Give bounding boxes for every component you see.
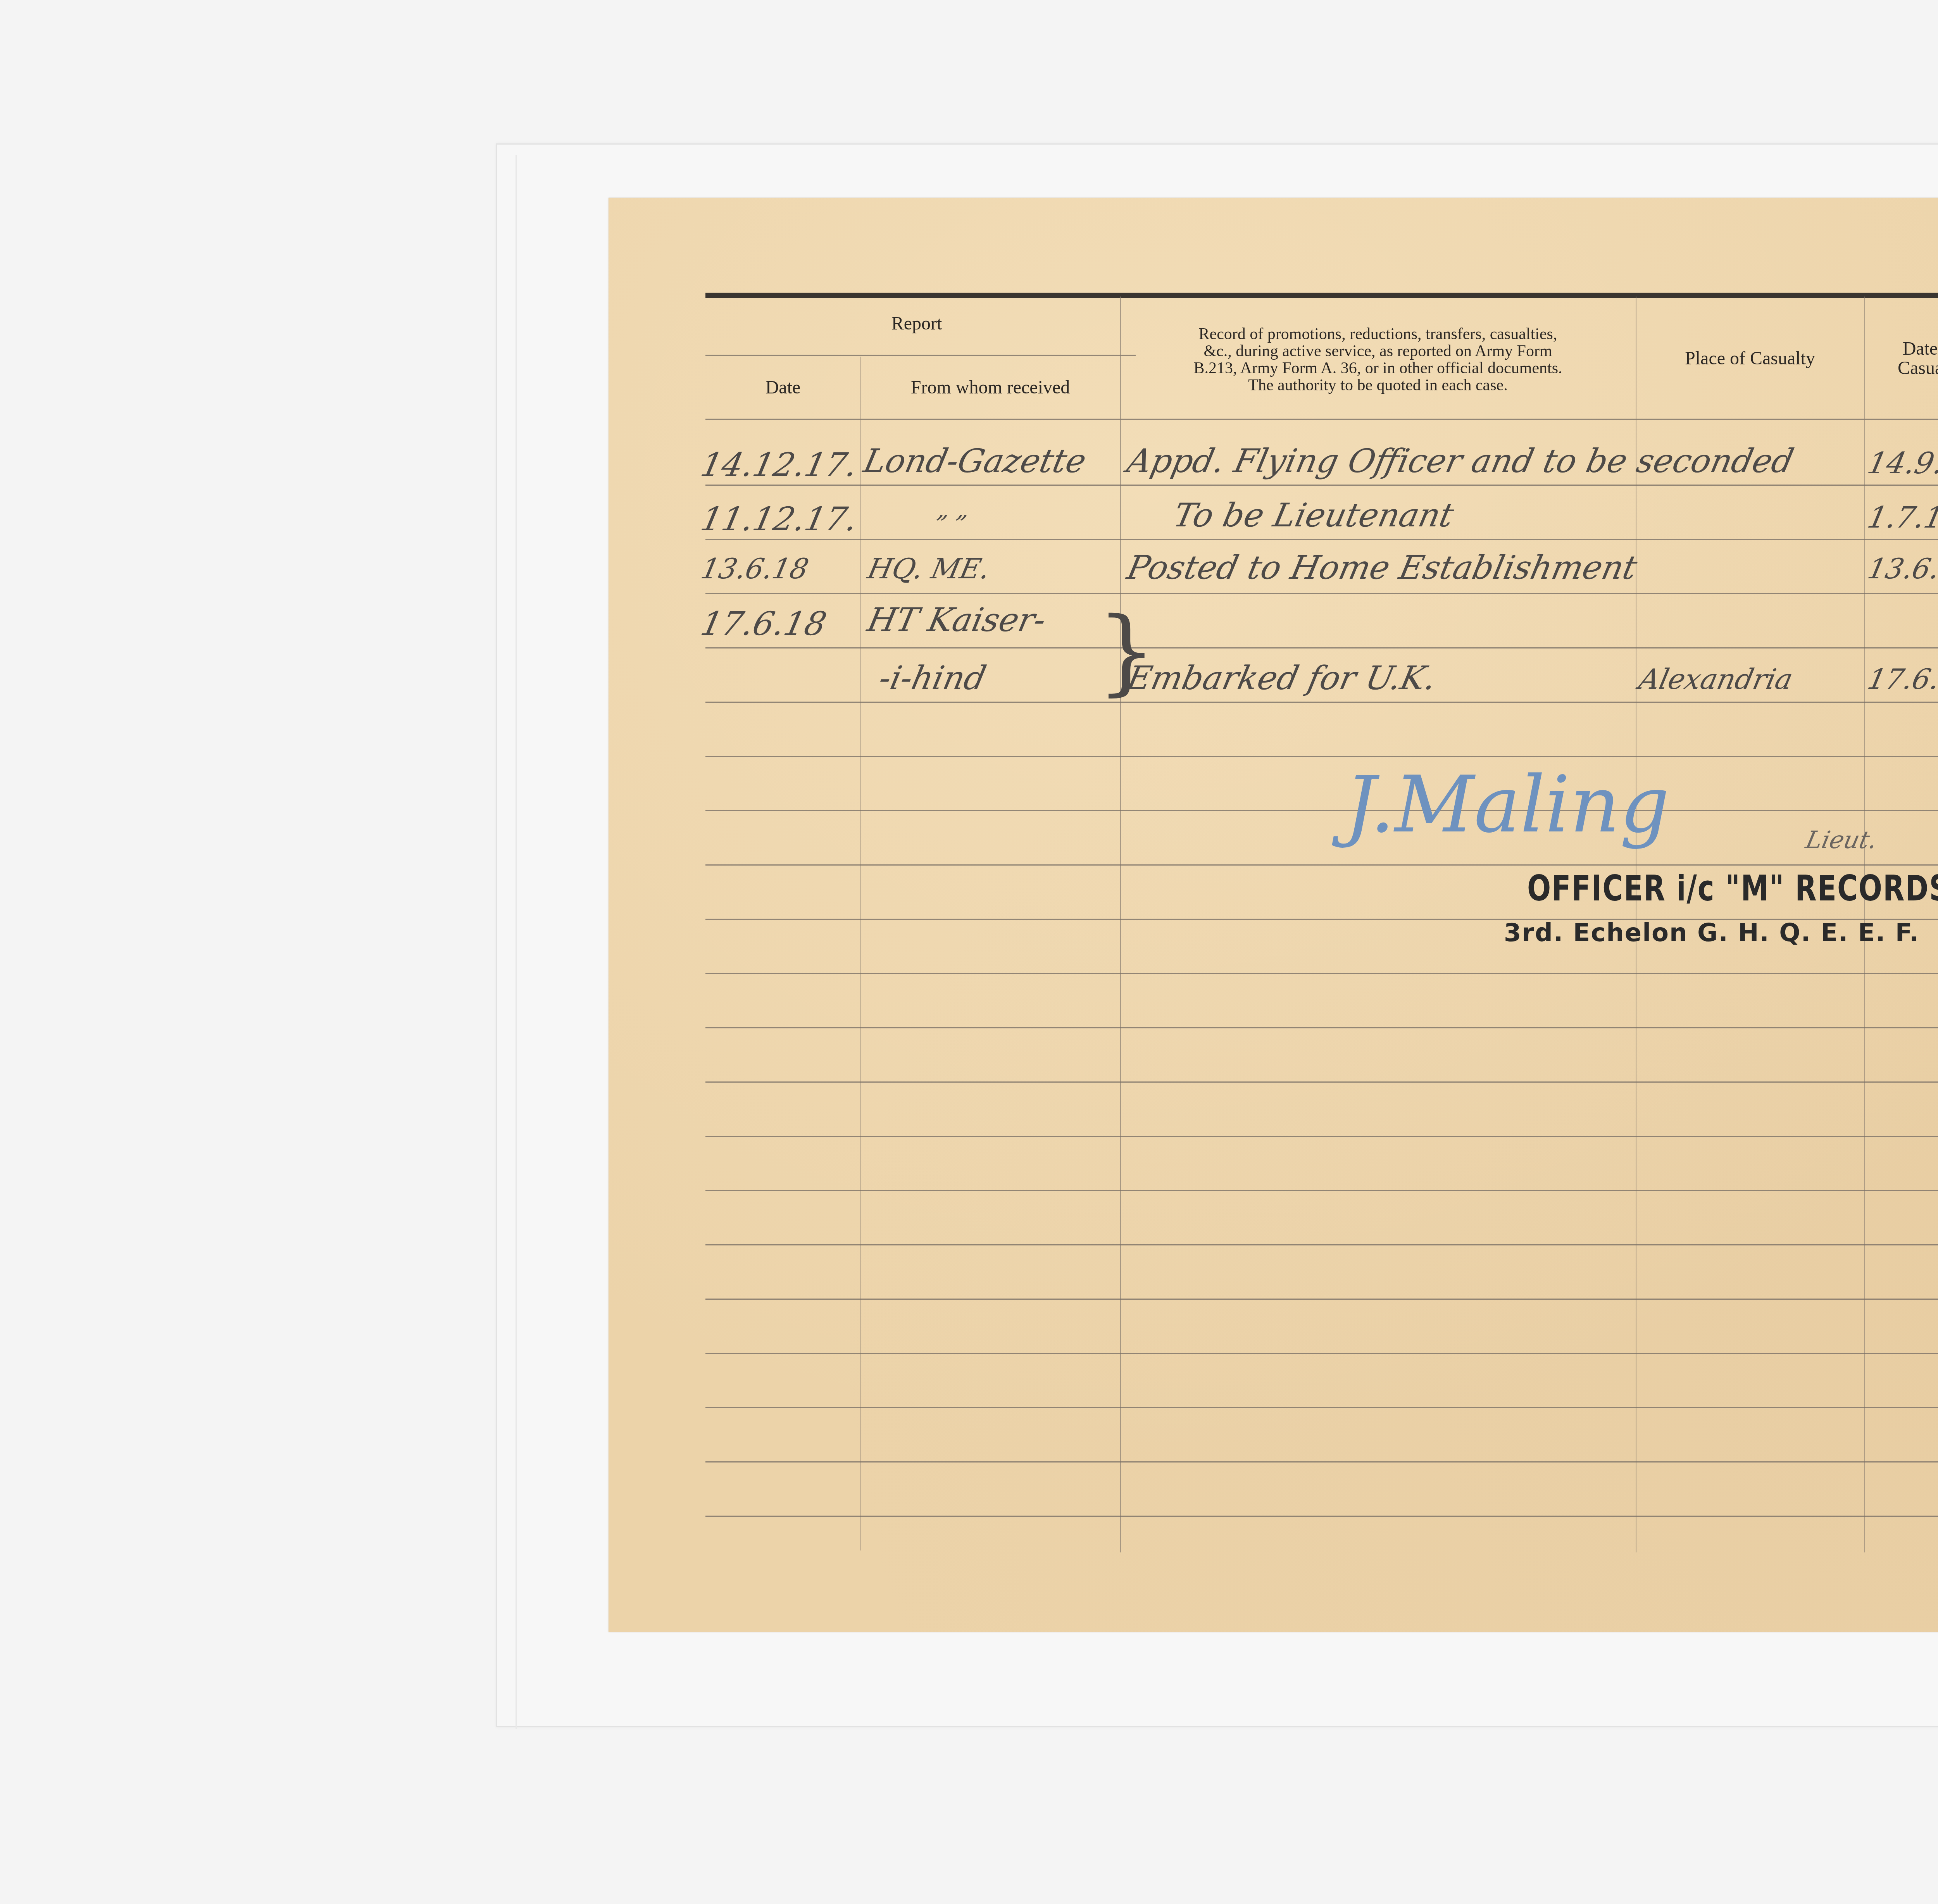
header-report: Report	[826, 314, 1008, 333]
signature: J.Maling	[1345, 760, 1669, 850]
top-rule	[705, 293, 1938, 298]
entry-from-line2: -i-hind	[876, 659, 990, 697]
entry-date-of-casualty: 1.7.17.	[1865, 500, 1938, 535]
signature-rank: Lieut.	[1803, 826, 1880, 854]
entry-from: HQ. ME.	[865, 552, 993, 585]
service-record-card: Report Date From whom received Record of…	[609, 198, 1938, 1632]
entry-from-line1: HT Kaiser-	[864, 601, 1050, 639]
entry-date-of-casualty: 13.6.18	[1865, 552, 1938, 585]
records-stamp-line1: OFFICER i/c "M" RECORDS	[1527, 868, 1938, 909]
entry-date: 14.12.17.	[698, 446, 861, 484]
col-divider-date	[860, 357, 861, 1550]
report-divider	[705, 355, 1136, 356]
entry-record: Appd. Flying Officer and to be seconded	[1124, 442, 1797, 480]
entry-date: 13.6.18	[698, 552, 812, 585]
header-place-of-casualty: Place of Casualty	[1636, 349, 1864, 368]
records-stamp-line2: 3rd. Echelon G. H. Q. E. E. F.	[1504, 919, 1919, 947]
entry-from: „ „	[935, 496, 972, 523]
header-record: Record of promotions, reductions, transf…	[1124, 326, 1632, 394]
entry-date: 17.6.18	[698, 605, 830, 643]
entry-record: To be Lieutenant	[1171, 496, 1457, 534]
entry-record: Posted to Home Establishment	[1124, 548, 1641, 586]
entry-date-of-casualty: 17.6.18	[1865, 663, 1938, 695]
entry-date-of-casualty: 14.9.17.	[1865, 446, 1938, 480]
entry-place: Alexandria	[1636, 663, 1796, 695]
entry-date: 11.12.17.	[698, 500, 861, 538]
entry-from: Lond-Gazette	[860, 442, 1090, 480]
entry-record: Embarked for U.K.	[1124, 659, 1440, 697]
header-from-whom: From whom received	[860, 378, 1120, 397]
header-date-of-casualty: Date of Casualty	[1864, 339, 1938, 378]
header-date: Date	[705, 378, 860, 397]
header-bottom-rule	[705, 419, 1938, 420]
